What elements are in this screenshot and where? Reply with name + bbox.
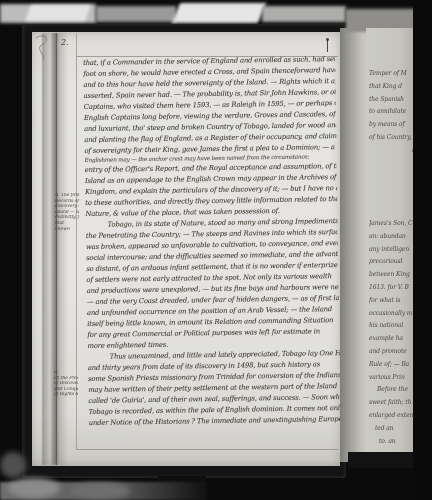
- photograph-of-manuscript: { "photo": { "description_colors": { "ba…: [0, 0, 432, 500]
- page-number: 2.: [61, 38, 69, 47]
- margin-note-line: A. The first: [55, 193, 79, 199]
- pin-mark: [327, 40, 328, 52]
- manuscript-fragment: for what is: [369, 295, 413, 308]
- background-blur-patch: [172, 3, 266, 23]
- manuscript-fragment: an: abundan: [369, 231, 413, 244]
- manuscript-fragment: between King: [369, 269, 413, 282]
- manuscript-fragment: that King d: [369, 81, 413, 94]
- manuscript-fragment: sweet faith; th: [369, 397, 413, 410]
- adjacent-page-text-top: Temper of M that King d the Spanish to a…: [369, 68, 413, 158]
- manuscript-fragment: 1613. for V. B: [369, 282, 413, 295]
- out-of-focus-blob: [70, 483, 130, 499]
- manuscript-fragment: of his Country, —: [369, 132, 413, 145]
- adjacent-page-text-bottom: James's Son, C an: abundan any intellige…: [369, 218, 413, 448]
- margin-note-line: known: [55, 227, 79, 233]
- pencil-squiggle-mark: [34, 32, 54, 62]
- pin-mark-head: [326, 38, 329, 41]
- manuscript-fragment: James's Son, C: [369, 218, 413, 231]
- bottom-footer-rule: [76, 449, 338, 450]
- manuscript-fragment: Before the: [369, 384, 413, 397]
- manuscript-fragment: his national: [369, 320, 413, 333]
- background-blur-patch: [262, 6, 346, 22]
- manuscript-fragment: Rule of; — Ba: [369, 359, 413, 372]
- adjacent-page: Temper of M that King d the Spanish to a…: [366, 28, 413, 458]
- manuscript-fragment: occasionally m: [369, 308, 413, 321]
- background-blur-patch: [96, 6, 176, 22]
- manuscript-fragment: q: [369, 145, 413, 158]
- manuscript-fragment: Temper of M: [369, 68, 413, 81]
- manuscript-fragment: ted an: [369, 423, 413, 436]
- margin-note-line: of Discovery,: [54, 381, 78, 387]
- manuscript-fragment: enlarged exten: [369, 410, 413, 423]
- manuscript-fragment: to. an: [369, 436, 413, 449]
- margin-note-a: A. The first Records of the Discovery of…: [55, 193, 79, 232]
- out-of-focus-blob: [8, 478, 60, 498]
- margin-note-line: Discovery of the: [55, 204, 79, 210]
- page-gutter-shadow: [42, 33, 68, 465]
- manuscript-fragment: example ha: [369, 333, 413, 346]
- background-blur-patch: [25, 5, 90, 21]
- manuscript-fragment: any intelligen: [369, 244, 413, 257]
- adjacent-page-bottom-edge: [348, 452, 413, 468]
- manuscript-fragment: to annihilate: [369, 106, 413, 119]
- manuscript-fragment: precariousl: [369, 256, 413, 269]
- fore-edge-shadow: [340, 28, 366, 462]
- manuscript-text-block: that, if a Commander in the service of E…: [83, 54, 341, 429]
- manuscript-fragment: various Prin: [369, 372, 413, 385]
- right-black-border: [413, 0, 432, 500]
- manuscript-fragment: the Spanish: [369, 94, 413, 107]
- page-gutter-fold-line: [56, 33, 57, 465]
- manuscript-fragment: and promote: [369, 346, 413, 359]
- margin-note-b: B. Of the Proofs of Discovery, and Conqu…: [54, 370, 78, 398]
- margin-note-line: of Rights &c.: [54, 392, 78, 398]
- manuscript-fragment: by means of: [369, 119, 413, 132]
- out-of-focus-blob: [0, 452, 26, 478]
